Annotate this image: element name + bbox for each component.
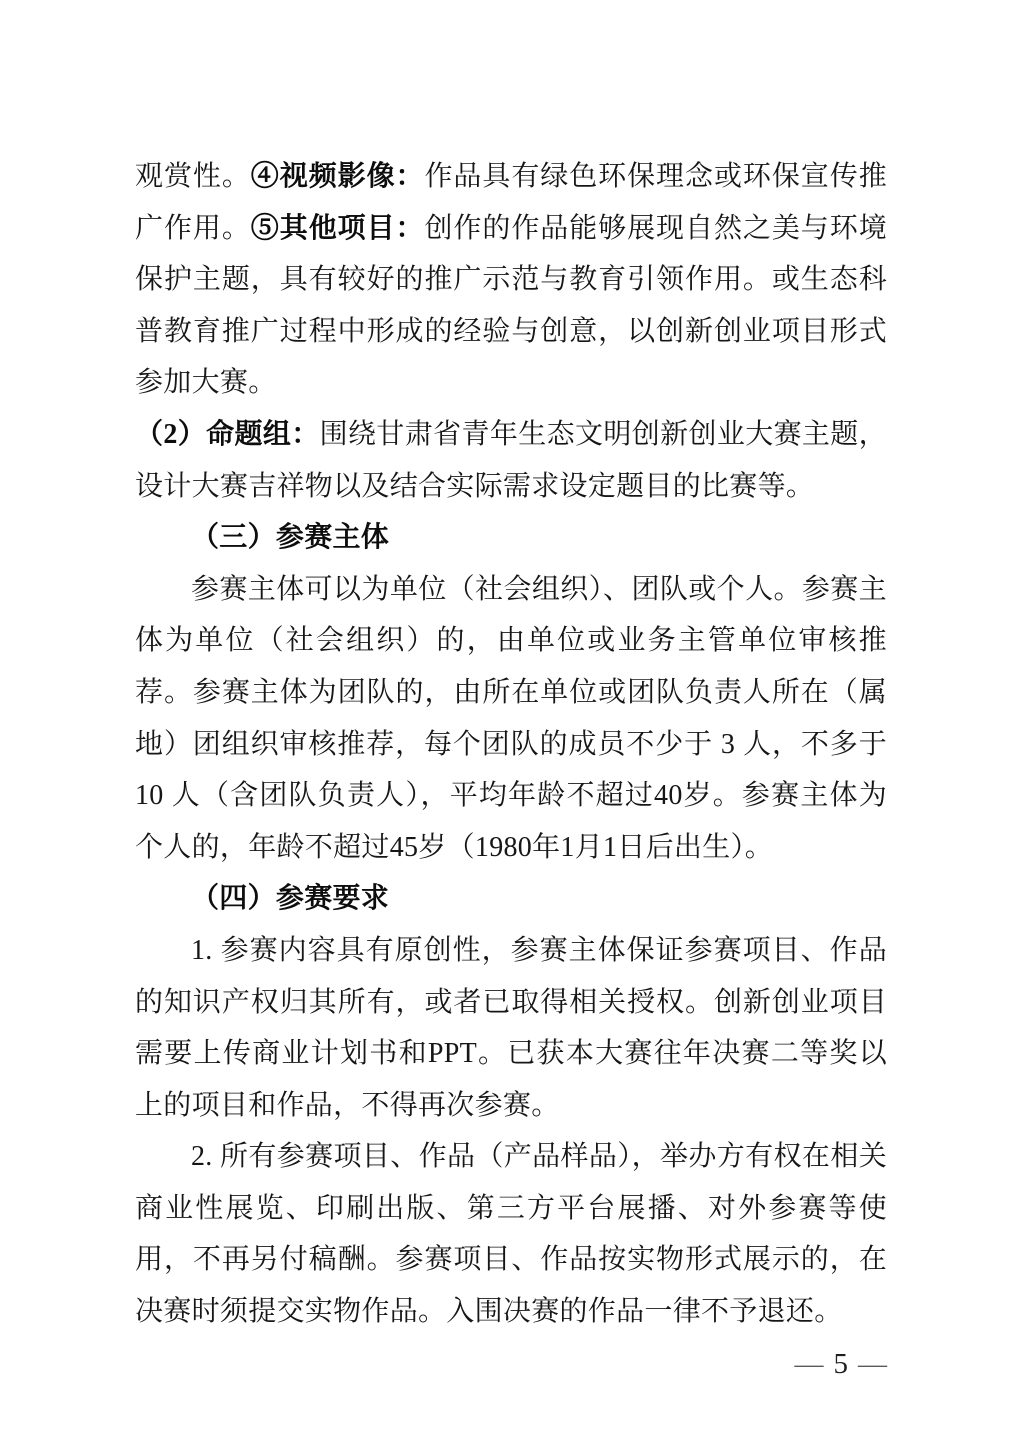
text-run: 1. 参赛内容具有原创性，参赛主体保证参赛项目、作品的知识产权归其所有，或者已取… — [135, 935, 887, 1121]
para-artwork-categories-continued: 观赏性。④视频影像：作品具有绿色环保理念或环保宣传推广作用。⑤其他项目：创作的作… — [135, 151, 887, 409]
para-requirement-2: 2. 所有参赛项目、作品（产品样品），举办方有权在相关商业性展览、印刷出版、第三… — [135, 1131, 887, 1337]
text-run: 2. 所有参赛项目、作品（产品样品），举办方有权在相关商业性展览、印刷出版、第三… — [135, 1141, 887, 1327]
document-page: 观赏性。④视频影像：作品具有绿色环保理念或环保宣传推广作用。⑤其他项目：创作的作… — [0, 0, 1024, 1447]
footer-dash-left: — — [795, 1348, 824, 1380]
para-requirement-1: 1. 参赛内容具有原创性，参赛主体保证参赛项目、作品的知识产权归其所有，或者已取… — [135, 925, 887, 1131]
para-participant-eligibility: 参赛主体可以为单位（社会组织）、团队或个人。参赛主体为单位（社会组织）的，由单位… — [135, 564, 887, 874]
footer-dash-right: — — [858, 1348, 887, 1380]
heading-text: （四）参赛要求 — [191, 883, 389, 914]
heading-section-four-requirements: （四）参赛要求 — [135, 873, 887, 925]
bold-run-video-label: ④视频影像： — [251, 161, 425, 192]
text-run: 观赏性。 — [135, 161, 251, 192]
bold-run-other-projects-label: ⑤其他项目： — [251, 213, 425, 244]
page-number: 5 — [824, 1348, 859, 1380]
document-body: 观赏性。④视频影像：作品具有绿色环保理念或环保宣传推广作用。⑤其他项目：创作的作… — [135, 151, 887, 1338]
bold-run-proposition-label: （2）命题组： — [135, 419, 320, 450]
page-footer: —5— — [795, 1347, 888, 1381]
text-run: 参赛主体可以为单位（社会组织）、团队或个人。参赛主体为单位（社会组织）的，由单位… — [135, 574, 887, 863]
para-proposition-group: （2）命题组：围绕甘肃省青年生态文明创新创业大赛主题，设计大赛吉祥物以及结合实际… — [135, 409, 887, 512]
heading-text: （三）参赛主体 — [191, 522, 389, 553]
heading-section-three-participants: （三）参赛主体 — [135, 512, 887, 564]
